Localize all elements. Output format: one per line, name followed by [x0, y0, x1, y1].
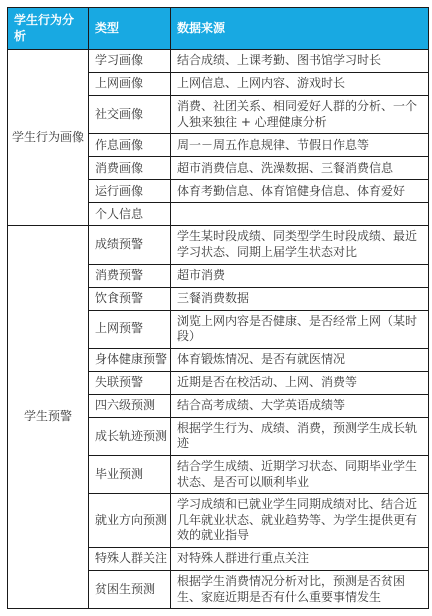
table-row: 学生行为画像学习画像结合成绩、上课考勤、图书馆学习时长 [8, 50, 429, 73]
type-cell: 失联预警 [89, 371, 171, 394]
type-cell: 上网画像 [89, 73, 171, 96]
source-cell: 根据学生消费情况分析对比，预测是否贫困生、家庭近期是否有什么重要事情发生 [171, 570, 429, 608]
type-cell: 学习画像 [89, 50, 171, 73]
group-label-0: 学生行为画像 [8, 50, 89, 226]
table-header: 学生行为分析类型数据来源 [8, 8, 429, 50]
group-label-1: 学生预警 [8, 226, 89, 609]
source-cell: 根据学生行为、成绩、消费，预测学生成长轨迹 [171, 417, 429, 455]
type-cell: 个人信息 [89, 203, 171, 226]
source-cell: 学习成绩和已就业学生同期成绩对比、结合近几年就业状态、就业趋势等、为学生提供更有… [171, 494, 429, 548]
source-cell: 结合学生成绩、近期学习状态、同期毕业学生状态、是否可以顺利毕业 [171, 455, 429, 493]
type-cell: 运行画像 [89, 180, 171, 203]
student-behavior-analysis-table: 学生行为分析类型数据来源 学生行为画像学习画像结合成绩、上课考勤、图书馆学习时长… [7, 7, 429, 609]
source-cell: 上网信息、上网内容、游戏时长 [171, 73, 429, 96]
source-cell: 对特殊人群进行重点关注 [171, 547, 429, 570]
type-cell: 身体健康预警 [89, 348, 171, 371]
type-cell: 社交画像 [89, 96, 171, 134]
column-header-0: 学生行为分析 [8, 8, 89, 50]
source-cell: 超市消费 [171, 264, 429, 287]
type-cell: 就业方向预测 [89, 494, 171, 548]
source-cell: 体育考勤信息、体育馆健身信息、体育爱好 [171, 180, 429, 203]
type-cell: 饮食预警 [89, 287, 171, 310]
source-cell: 近期是否在校活动、上网、消费等 [171, 371, 429, 394]
source-cell: 浏览上网内容是否健康、是否经常上网（某时段） [171, 310, 429, 348]
source-cell: 结合成绩、上课考勤、图书馆学习时长 [171, 50, 429, 73]
source-cell: 体育锻炼情况、是否有就医情况 [171, 348, 429, 371]
type-cell: 作息画像 [89, 134, 171, 157]
type-cell: 成长轨迹预测 [89, 417, 171, 455]
type-cell: 特殊人群关注 [89, 547, 171, 570]
source-cell: 周一－周五作息规律、节假日作息等 [171, 134, 429, 157]
source-cell: 结合高考成绩、大学英语成绩等 [171, 394, 429, 417]
type-cell: 消费画像 [89, 157, 171, 180]
source-cell: 消费、社团关系、相同爱好人群的分析、一个人独来独往 + 心理健康分析 [171, 96, 429, 134]
column-header-2: 数据来源 [171, 8, 429, 50]
type-cell: 贫困生预测 [89, 570, 171, 608]
source-cell: 三餐消费数据 [171, 287, 429, 310]
type-cell: 成绩预警 [89, 226, 171, 264]
type-cell: 四六级预测 [89, 394, 171, 417]
column-header-1: 类型 [89, 8, 171, 50]
source-cell: 学生某时段成绩、同类型学生时段成绩、最近学习状态、同期上届学生状态对比 [171, 226, 429, 264]
table-body: 学生行为画像学习画像结合成绩、上课考勤、图书馆学习时长上网画像上网信息、上网内容… [8, 50, 429, 609]
table-header-row: 学生行为分析类型数据来源 [8, 8, 429, 50]
type-cell: 上网预警 [89, 310, 171, 348]
type-cell: 毕业预测 [89, 455, 171, 493]
source-cell [171, 203, 429, 226]
source-cell: 超市消费信息、洗澡数据、三餐消费信息 [171, 157, 429, 180]
type-cell: 消费预警 [89, 264, 171, 287]
table-row: 学生预警成绩预警学生某时段成绩、同类型学生时段成绩、最近学习状态、同期上届学生状… [8, 226, 429, 264]
